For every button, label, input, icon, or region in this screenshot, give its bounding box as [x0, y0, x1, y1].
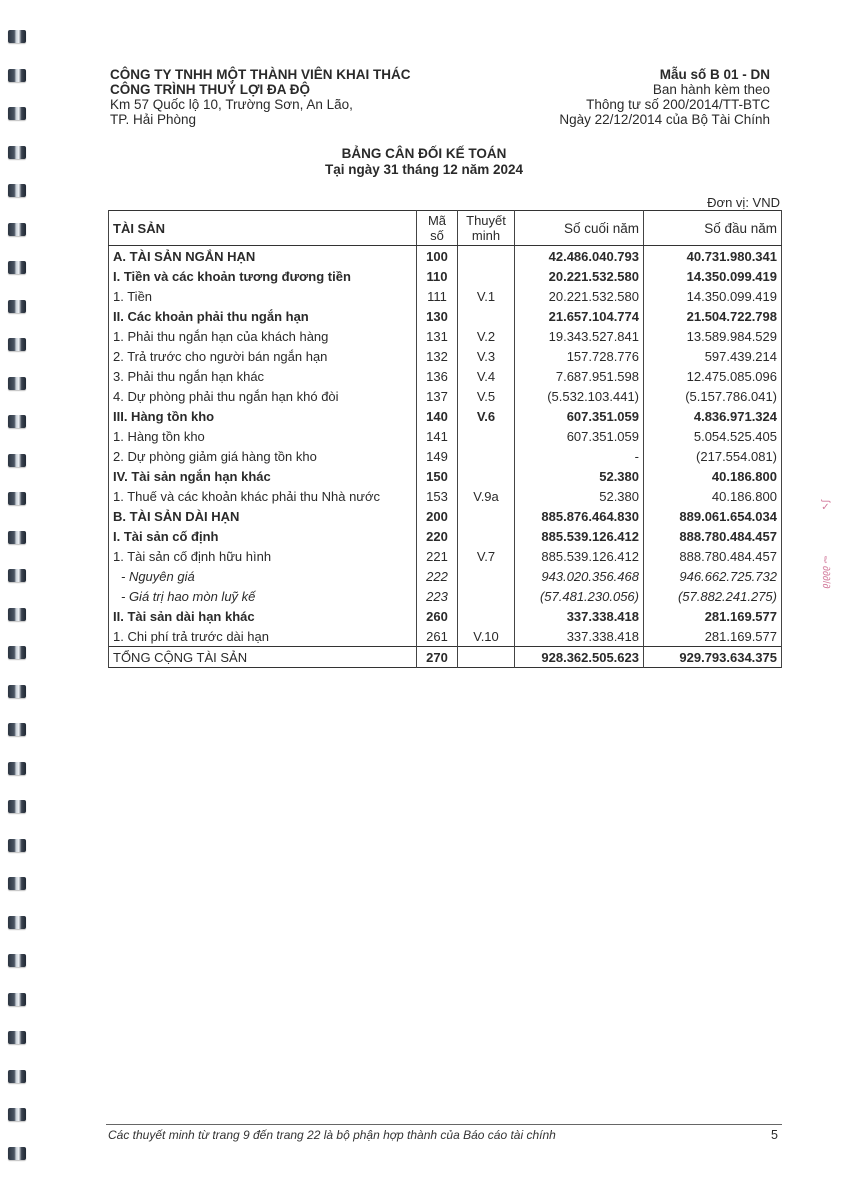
spiral-binding: [6, 0, 28, 1200]
header-note: Thuyếtminh: [458, 211, 515, 246]
binding-ring: [8, 800, 26, 813]
binding-ring: [8, 1070, 26, 1083]
row-note: [458, 466, 515, 486]
row-code: 223: [417, 586, 458, 606]
row-end-year-value: 928.362.505.623: [515, 647, 644, 668]
binding-ring: [8, 723, 26, 736]
footer-note: Các thuyết minh từ trang 9 đến trang 22 …: [108, 1128, 556, 1142]
row-code: 130: [417, 306, 458, 326]
row-end-year-value: 337.338.418: [515, 606, 644, 626]
company-address-line2: TP. Hải Phòng: [110, 112, 411, 127]
row-note: [458, 446, 515, 466]
table-row: 1. Tài sản cố định hữu hình221V.7885.539…: [109, 546, 782, 566]
binding-ring: [8, 107, 26, 120]
row-end-year-value: 885.539.126.412: [515, 526, 644, 546]
document-title: BẢNG CÂN ĐỐI KẾ TOÁN Tại ngày 31 tháng 1…: [0, 146, 848, 178]
table-row: - Giá trị hao mòn luỹ kế223(57.481.230.0…: [109, 586, 782, 606]
binding-ring: [8, 993, 26, 1006]
row-label: TỔNG CỘNG TÀI SẢN: [109, 647, 417, 668]
row-code: 136: [417, 366, 458, 386]
table-row: I. Tiền và các khoản tương đương tiền110…: [109, 266, 782, 286]
binding-ring: [8, 377, 26, 390]
header-code: Mãsố: [417, 211, 458, 246]
row-begin-year-value: (217.554.081): [644, 446, 782, 466]
row-begin-year-value: 40.186.800: [644, 466, 782, 486]
row-end-year-value: 19.343.527.841: [515, 326, 644, 346]
table-row: TỔNG CỘNG TÀI SẢN270928.362.505.623929.7…: [109, 647, 782, 668]
form-issued-line: Ban hành kèm theo: [559, 82, 770, 97]
row-begin-year-value: 597.439.214: [644, 346, 782, 366]
header-asset: TÀI SẢN: [109, 211, 417, 246]
row-end-year-value: 20.221.532.580: [515, 286, 644, 306]
row-code: 111: [417, 286, 458, 306]
row-begin-year-value: 889.061.654.034: [644, 506, 782, 526]
binding-ring: [8, 223, 26, 236]
row-note: [458, 606, 515, 626]
row-end-year-value: 943.020.356.468: [515, 566, 644, 586]
binding-ring: [8, 916, 26, 929]
row-label: A. TÀI SẢN NGẮN HẠN: [109, 246, 417, 267]
row-code: 153: [417, 486, 458, 506]
handwritten-mark: ʃ✓: [820, 500, 831, 513]
row-label: I. Tài sản cố định: [109, 526, 417, 546]
row-code: 131: [417, 326, 458, 346]
handwritten-mark: ℓ∂∂∂/∂: [820, 555, 831, 589]
row-label: - Nguyên giá: [109, 566, 417, 586]
row-begin-year-value: 13.589.984.529: [644, 326, 782, 346]
row-begin-year-value: 946.662.725.732: [644, 566, 782, 586]
row-end-year-value: (57.481.230.056): [515, 586, 644, 606]
row-label: 1. Phải thu ngắn hạn của khách hàng: [109, 326, 417, 346]
row-note: V.3: [458, 346, 515, 366]
row-begin-year-value: 40.186.800: [644, 486, 782, 506]
binding-ring: [8, 685, 26, 698]
binding-ring: [8, 954, 26, 967]
table-row: 1. Tiền111V.120.221.532.58014.350.099.41…: [109, 286, 782, 306]
row-note: V.4: [458, 366, 515, 386]
company-name-line1: CÔNG TY TNHH MỘT THÀNH VIÊN KHAI THÁC: [110, 67, 411, 82]
binding-ring: [8, 877, 26, 890]
row-note: V.2: [458, 326, 515, 346]
row-label: II. Tài sản dài hạn khác: [109, 606, 417, 626]
row-code: 140: [417, 406, 458, 426]
row-code: 150: [417, 466, 458, 486]
row-label: 1. Hàng tồn kho: [109, 426, 417, 446]
row-end-year-value: 607.351.059: [515, 426, 644, 446]
table-row: 3. Phải thu ngắn hạn khác136V.47.687.951…: [109, 366, 782, 386]
binding-ring: [8, 531, 26, 544]
row-code: 220: [417, 526, 458, 546]
row-label: 1. Tài sản cố định hữu hình: [109, 546, 417, 566]
row-label: - Giá trị hao mòn luỹ kế: [109, 586, 417, 606]
row-label: IV. Tài sản ngắn hạn khác: [109, 466, 417, 486]
row-begin-year-value: 21.504.722.798: [644, 306, 782, 326]
binding-ring: [8, 492, 26, 505]
table-row: A. TÀI SẢN NGẮN HẠN10042.486.040.79340.7…: [109, 246, 782, 267]
binding-ring: [8, 1108, 26, 1121]
row-end-year-value: 52.380: [515, 486, 644, 506]
row-note: [458, 506, 515, 526]
row-label: 4. Dự phòng phải thu ngắn hạn khó đòi: [109, 386, 417, 406]
row-begin-year-value: 281.169.577: [644, 606, 782, 626]
row-label: 2. Trả trước cho người bán ngắn hạn: [109, 346, 417, 366]
binding-ring: [8, 415, 26, 428]
binding-ring: [8, 646, 26, 659]
row-note: [458, 526, 515, 546]
row-begin-year-value: 281.169.577: [644, 626, 782, 647]
table-row: II. Các khoản phải thu ngắn hạn13021.657…: [109, 306, 782, 326]
row-note: [458, 586, 515, 606]
row-end-year-value: 20.221.532.580: [515, 266, 644, 286]
balance-sheet-table: TÀI SẢN Mãsố Thuyếtminh Số cuối năm Số đ…: [108, 210, 782, 668]
row-label: 1. Tiền: [109, 286, 417, 306]
row-note: V.5: [458, 386, 515, 406]
binding-ring: [8, 184, 26, 197]
form-date-line: Ngày 22/12/2014 của Bộ Tài Chính: [559, 112, 770, 127]
form-circular-line: Thông tư số 200/2014/TT-BTC: [559, 97, 770, 112]
form-reference: Mẫu số B 01 - DN Ban hành kèm theo Thông…: [559, 67, 770, 127]
company-name-line2: CÔNG TRÌNH THUỶ LỢI ĐA ĐỘ: [110, 82, 411, 97]
row-begin-year-value: 929.793.634.375: [644, 647, 782, 668]
header-end-year: Số cuối năm: [515, 211, 644, 246]
row-note: [458, 426, 515, 446]
footer-divider: [106, 1124, 782, 1125]
row-label: B. TÀI SẢN DÀI HẠN: [109, 506, 417, 526]
row-end-year-value: 21.657.104.774: [515, 306, 644, 326]
table-row: I. Tài sản cố định220885.539.126.412888.…: [109, 526, 782, 546]
table-row: IV. Tài sản ngắn hạn khác15052.38040.186…: [109, 466, 782, 486]
header-begin-year: Số đầu năm: [644, 211, 782, 246]
table-row: - Nguyên giá222943.020.356.468946.662.72…: [109, 566, 782, 586]
row-code: 100: [417, 246, 458, 267]
table-row: 1. Hàng tồn kho141607.351.0595.054.525.4…: [109, 426, 782, 446]
table-row: 2. Dự phòng giảm giá hàng tồn kho149-(21…: [109, 446, 782, 466]
currency-unit: Đơn vị: VND: [707, 195, 780, 210]
company-header: CÔNG TY TNHH MỘT THÀNH VIÊN KHAI THÁC CÔ…: [110, 67, 411, 127]
row-end-year-value: 607.351.059: [515, 406, 644, 426]
row-note: [458, 246, 515, 267]
row-begin-year-value: (57.882.241.275): [644, 586, 782, 606]
binding-ring: [8, 839, 26, 852]
row-code: 222: [417, 566, 458, 586]
row-code: 149: [417, 446, 458, 466]
row-note: [458, 566, 515, 586]
company-address-line1: Km 57 Quốc lộ 10, Trường Sơn, An Lão,: [110, 97, 411, 112]
row-code: 141: [417, 426, 458, 446]
binding-ring: [8, 30, 26, 43]
binding-ring: [8, 338, 26, 351]
binding-ring: [8, 261, 26, 274]
row-begin-year-value: (5.157.786.041): [644, 386, 782, 406]
row-code: 132: [417, 346, 458, 366]
binding-ring: [8, 762, 26, 775]
row-end-year-value: 52.380: [515, 466, 644, 486]
table-header-row: TÀI SẢN Mãsố Thuyếtminh Số cuối năm Số đ…: [109, 211, 782, 246]
row-label: 3. Phải thu ngắn hạn khác: [109, 366, 417, 386]
row-end-year-value: 885.876.464.830: [515, 506, 644, 526]
row-begin-year-value: 4.836.971.324: [644, 406, 782, 426]
row-code: 270: [417, 647, 458, 668]
row-note: [458, 647, 515, 668]
row-label: III. Hàng tồn kho: [109, 406, 417, 426]
row-code: 110: [417, 266, 458, 286]
binding-ring: [8, 1147, 26, 1160]
table-row: III. Hàng tồn kho140V.6607.351.0594.836.…: [109, 406, 782, 426]
title-date: Tại ngày 31 tháng 12 năm 2024: [0, 162, 848, 178]
row-begin-year-value: 5.054.525.405: [644, 426, 782, 446]
table-row: 4. Dự phòng phải thu ngắn hạn khó đòi137…: [109, 386, 782, 406]
table-row: 1. Phải thu ngắn hạn của khách hàng131V.…: [109, 326, 782, 346]
row-end-year-value: 7.687.951.598: [515, 366, 644, 386]
table-row: 1. Thuế và các khoản khác phải thu Nhà n…: [109, 486, 782, 506]
row-code: 260: [417, 606, 458, 626]
binding-ring: [8, 300, 26, 313]
binding-ring: [8, 569, 26, 582]
row-begin-year-value: 40.731.980.341: [644, 246, 782, 267]
binding-ring: [8, 608, 26, 621]
row-note: [458, 266, 515, 286]
row-end-year-value: -: [515, 446, 644, 466]
row-label: I. Tiền và các khoản tương đương tiền: [109, 266, 417, 286]
row-note: [458, 306, 515, 326]
row-end-year-value: 337.338.418: [515, 626, 644, 647]
row-label: 2. Dự phòng giảm giá hàng tồn kho: [109, 446, 417, 466]
form-code: Mẫu số B 01 - DN: [559, 67, 770, 82]
row-label: II. Các khoản phải thu ngắn hạn: [109, 306, 417, 326]
row-note: V.7: [458, 546, 515, 566]
row-note: V.1: [458, 286, 515, 306]
binding-ring: [8, 1031, 26, 1044]
row-end-year-value: 885.539.126.412: [515, 546, 644, 566]
row-code: 261: [417, 626, 458, 647]
row-note: V.6: [458, 406, 515, 426]
page-number: 5: [771, 1128, 778, 1142]
row-end-year-value: (5.532.103.441): [515, 386, 644, 406]
binding-ring: [8, 454, 26, 467]
row-end-year-value: 157.728.776: [515, 346, 644, 366]
row-label: 1. Thuế và các khoản khác phải thu Nhà n…: [109, 486, 417, 506]
row-end-year-value: 42.486.040.793: [515, 246, 644, 267]
row-code: 200: [417, 506, 458, 526]
row-begin-year-value: 888.780.484.457: [644, 526, 782, 546]
row-begin-year-value: 14.350.099.419: [644, 266, 782, 286]
table-row: II. Tài sản dài hạn khác260337.338.41828…: [109, 606, 782, 626]
row-note: V.10: [458, 626, 515, 647]
table-row: 2. Trả trước cho người bán ngắn hạn132V.…: [109, 346, 782, 366]
title-main: BẢNG CÂN ĐỐI KẾ TOÁN: [0, 146, 848, 162]
row-note: V.9a: [458, 486, 515, 506]
table-row: B. TÀI SẢN DÀI HẠN200885.876.464.830889.…: [109, 506, 782, 526]
row-code: 221: [417, 546, 458, 566]
row-begin-year-value: 12.475.085.096: [644, 366, 782, 386]
row-begin-year-value: 14.350.099.419: [644, 286, 782, 306]
row-begin-year-value: 888.780.484.457: [644, 546, 782, 566]
row-code: 137: [417, 386, 458, 406]
table-row: 1. Chi phí trả trước dài hạn261V.10337.3…: [109, 626, 782, 647]
binding-ring: [8, 69, 26, 82]
row-label: 1. Chi phí trả trước dài hạn: [109, 626, 417, 647]
